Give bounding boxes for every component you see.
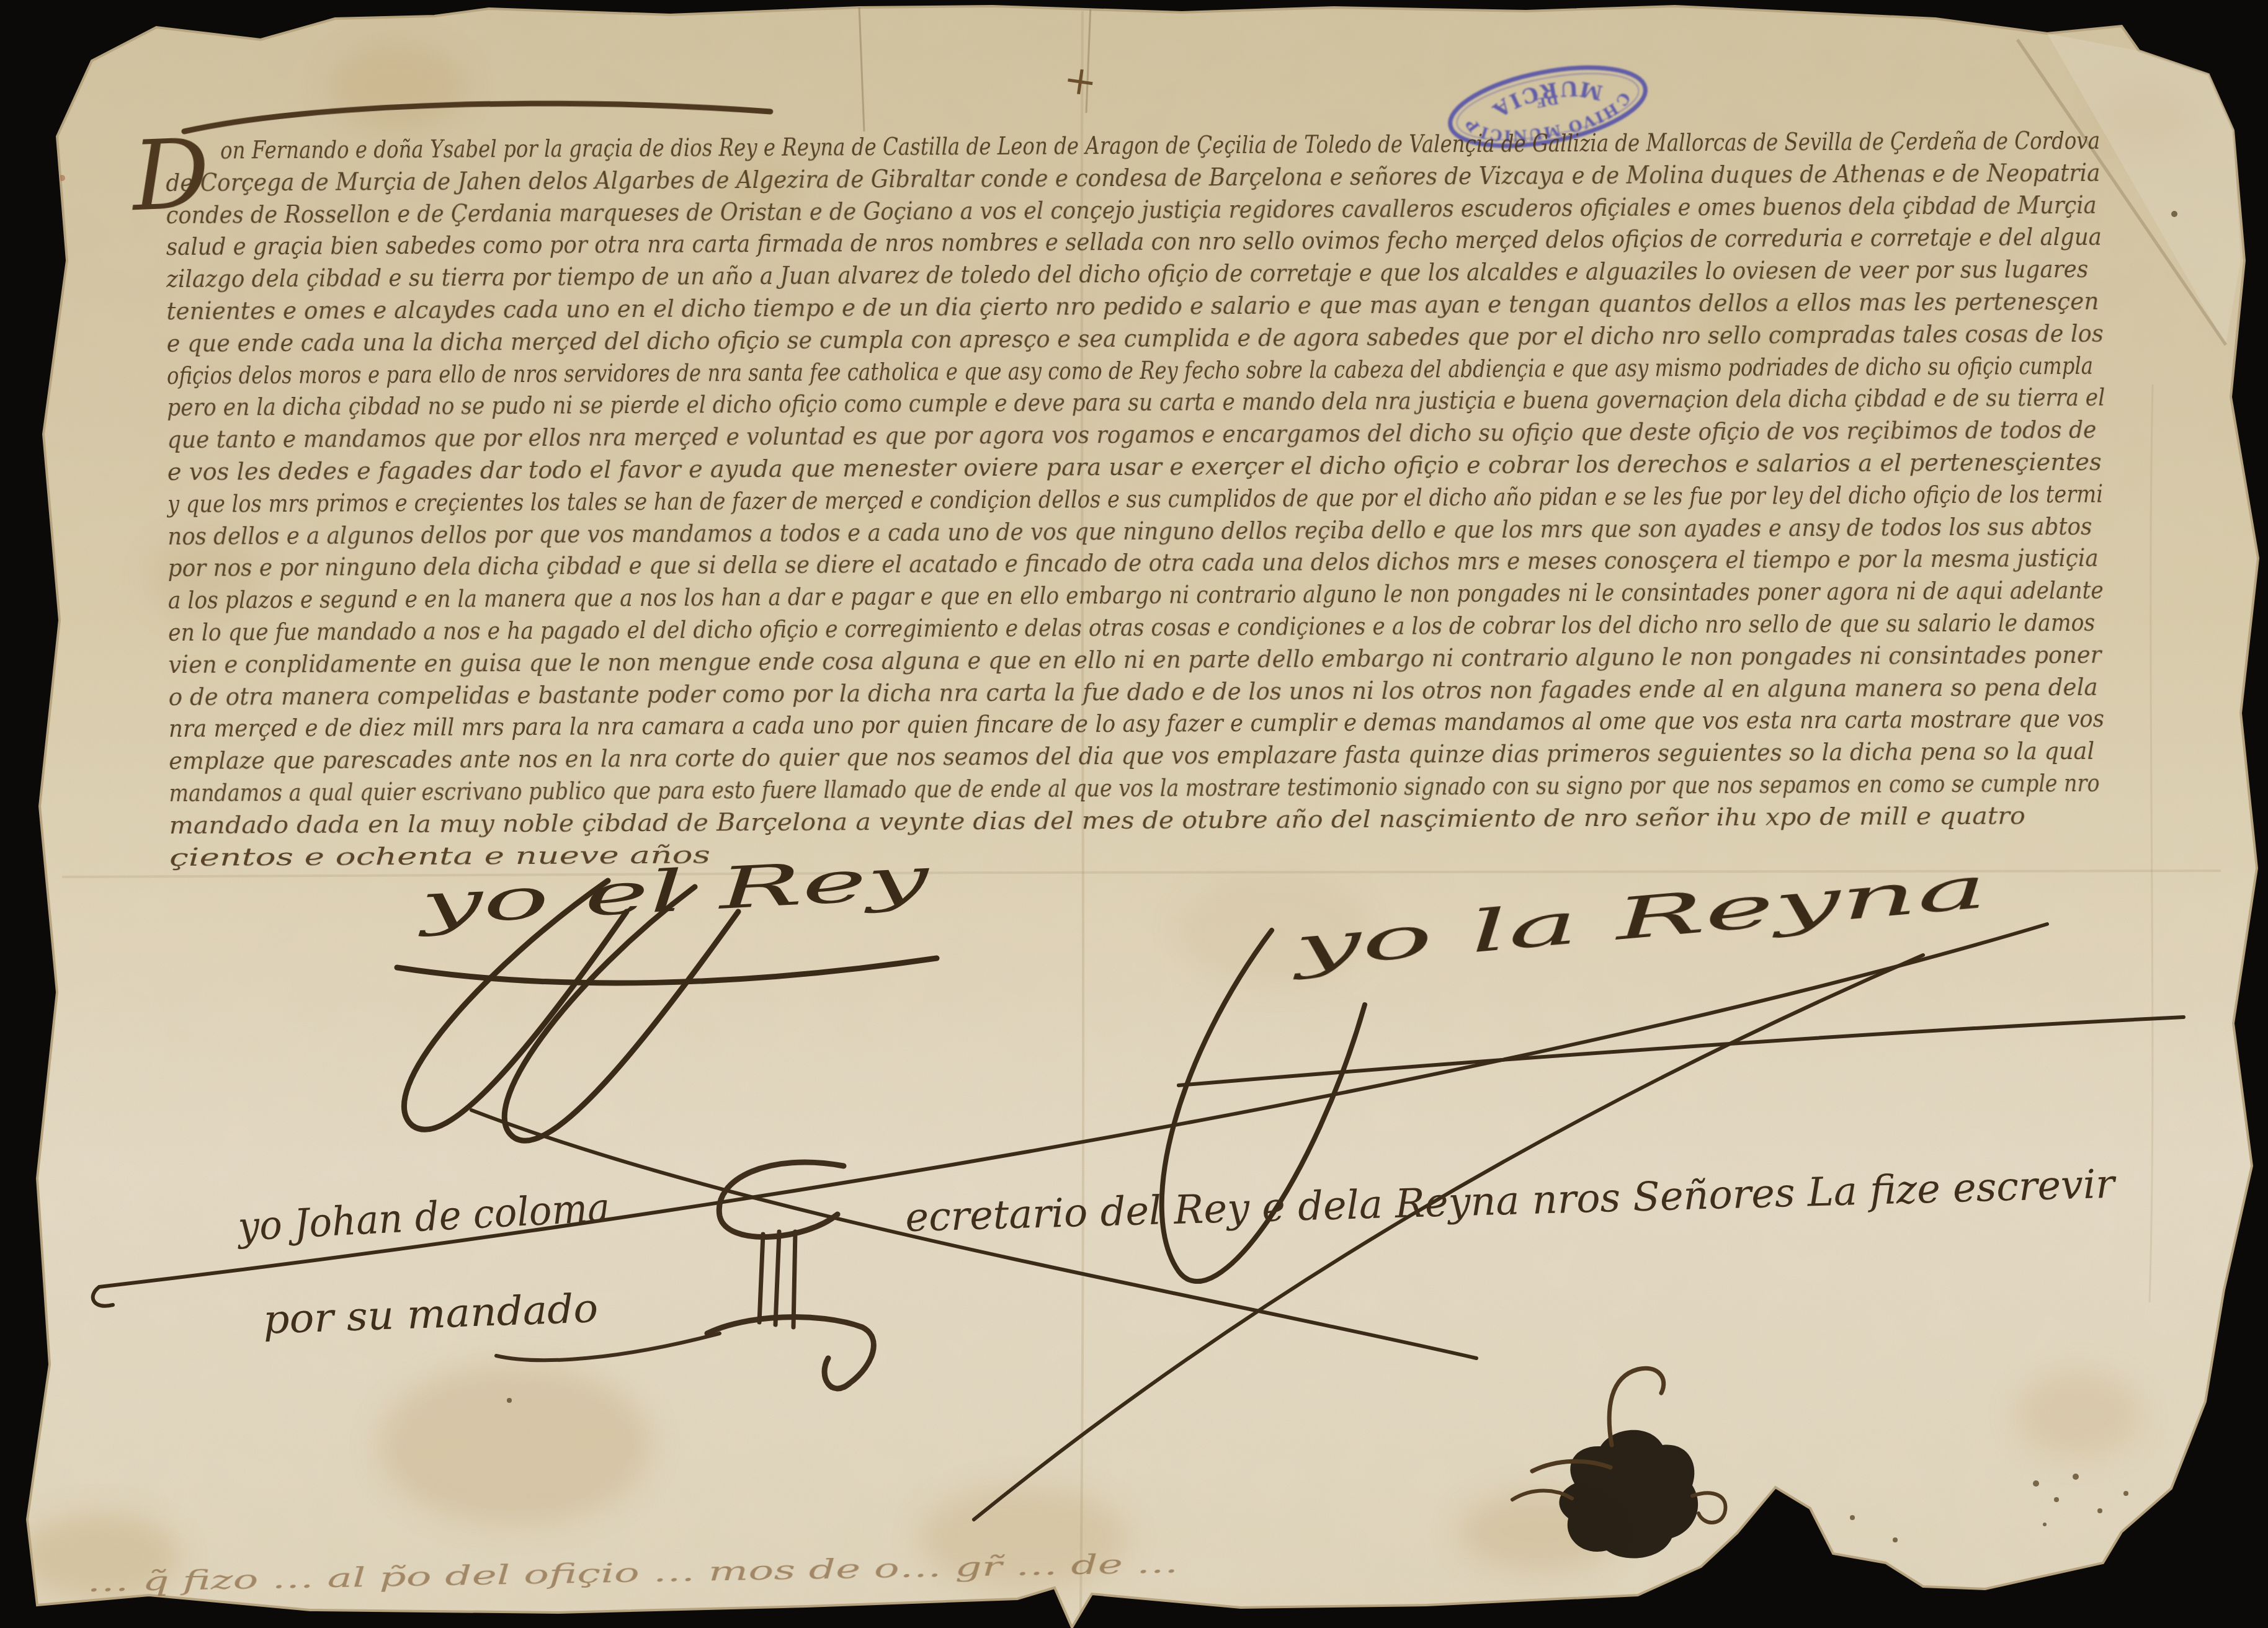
invocation-cross-icon: +: [1061, 56, 1100, 107]
body-lines: on Fernando e doña Ysabel por la graçia …: [164, 127, 2107, 872]
scanned-manuscript-page: + ARCHIVO MUNICIPAL DE MURCIA D on Ferna…: [0, 0, 2268, 1628]
manuscript-scan: + ARCHIVO MUNICIPAL DE MURCIA D on Ferna…: [0, 0, 2268, 1628]
